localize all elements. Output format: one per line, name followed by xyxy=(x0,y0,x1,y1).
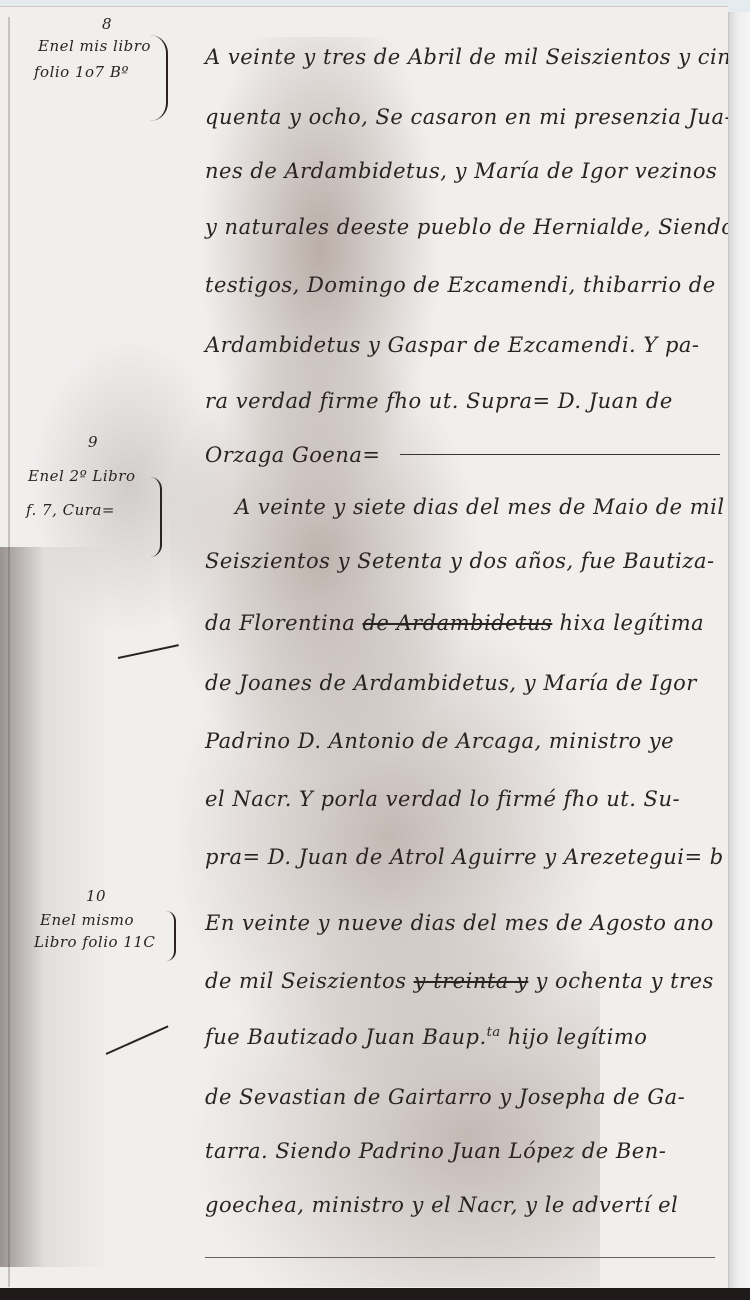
struck-text: de Ardambidetus xyxy=(362,611,552,635)
binding-edge xyxy=(8,17,10,1287)
entry-line: de Sevastian de Gairtarro y Josepha de G… xyxy=(205,1085,685,1109)
margin-dash xyxy=(118,644,179,659)
entry-line: Ardambidetus y Gaspar de Ezcamendi. Y pa… xyxy=(205,333,700,357)
scan-bottom-edge xyxy=(0,1288,750,1300)
margin-note-line: Enel mismo xyxy=(40,911,134,929)
entry-line: nes de Ardambidetus, y María de Igor vez… xyxy=(205,159,717,183)
entry-line: Padrino D. Antonio de Arcaga, ministro y… xyxy=(205,729,674,753)
entry-line: pra= D. Juan de Atrol Aguirre y Arezeteg… xyxy=(205,845,724,869)
page-bottom-rule xyxy=(205,1257,715,1258)
margin-note-number: 8 xyxy=(102,15,112,33)
entry-text: hixa legítima xyxy=(552,611,704,635)
margin-note-number: 10 xyxy=(86,887,106,905)
entry-line-partial: fue Bautizado Juan Baup.ta hijo legítimo xyxy=(205,1025,647,1049)
entry-line: Seiszientos y Setenta y dos años, fue Ba… xyxy=(205,549,715,573)
entry-line: ra verdad firme fho ut. Supra= D. Juan d… xyxy=(205,389,673,413)
entry-line: Orzaga Goena= xyxy=(205,443,380,467)
entry-text: da Florentina xyxy=(205,611,362,635)
entry-line: de Joanes de Ardambidetus, y María de Ig… xyxy=(205,671,697,695)
margin-brace xyxy=(150,477,162,557)
entry-line: testigos, Domingo de Ezcamendi, thibarri… xyxy=(205,273,716,297)
margin-dash xyxy=(106,1025,169,1054)
manuscript-page: 8 Enel mis libro folio 1o7 Bº A veinte y… xyxy=(0,6,728,1289)
entry-text: fue Bautizado Juan Baup. xyxy=(205,1025,487,1049)
margin-note-line: Enel mis libro xyxy=(38,37,151,55)
struck-text: y treinta y xyxy=(414,969,529,993)
entry-text: de mil Seiszientos xyxy=(205,969,414,993)
entry-text: y ochenta y tres xyxy=(528,969,713,993)
entry-line-partial: da Florentina de Ardambidetus hixa legít… xyxy=(205,611,704,635)
margin-brace xyxy=(150,35,168,121)
margin-note-number: 9 xyxy=(88,433,98,451)
margin-note-line: Enel 2º Libro xyxy=(28,467,135,485)
next-page-edge xyxy=(728,12,750,1288)
margin-note-line: folio 1o7 Bº xyxy=(34,63,129,81)
entry-line-partial: de mil Seiszientos y treinta y y ochenta… xyxy=(205,969,714,993)
superscript-abbrev: ta xyxy=(487,1025,501,1040)
margin-stain xyxy=(30,337,230,637)
entry-line: tarra. Siendo Padrino Juan López de Ben- xyxy=(205,1139,666,1163)
entry-line: y naturales deeste pueblo de Hernialde, … xyxy=(205,215,728,239)
left-edge-stain xyxy=(0,547,110,1267)
entry-text: hijo legítimo xyxy=(501,1025,648,1049)
entry-line: goechea, ministro y el Nacr, y le advert… xyxy=(205,1193,678,1217)
entry-separator xyxy=(400,454,720,455)
entry-line: A veinte y siete dias del mes de Maio de… xyxy=(235,495,725,519)
entry-line: el Nacr. Y porla verdad lo firmé fho ut.… xyxy=(205,787,680,811)
entry-line: quenta y ocho, Se casaron en mi presenzi… xyxy=(205,105,728,129)
margin-brace xyxy=(166,911,176,961)
entry-line: En veinte y nueve dias del mes de Agosto… xyxy=(205,911,714,935)
margin-note-line: f. 7, Cura= xyxy=(26,501,115,519)
entry-line: A veinte y tres de Abril de mil Seiszien… xyxy=(205,45,728,69)
margin-note-line: Libro folio 11C xyxy=(34,933,155,951)
